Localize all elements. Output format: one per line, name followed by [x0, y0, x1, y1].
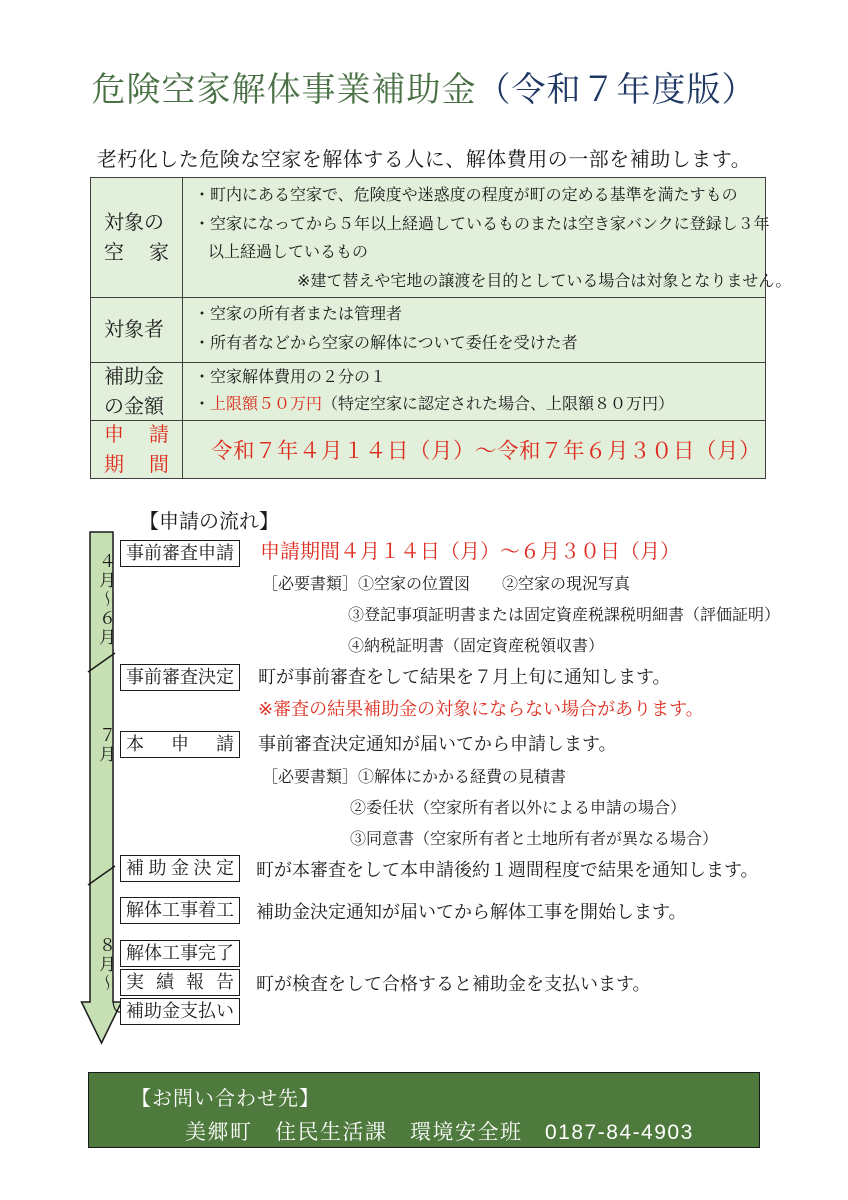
application-period-dates: 令和７年４月１４日（月）～令和７年６月３０日（月） — [183, 421, 765, 478]
bullet-line-mixed: ・上限額５０万円（特定空家に認定された場合、上限額８０万円） — [194, 391, 765, 418]
step3-docs-line3: ③同意書（空家所有者と土地所有者が異なる場合） — [350, 827, 718, 853]
table-row-application-period: 申請 期間 令和７年４月１４日（月）～令和７年６月３０日（月） — [91, 421, 765, 478]
subtitle: 老朽化した危険な空家を解体する人に、解体費用の一部を補助します。 — [0, 143, 848, 172]
bullet-line: ・町内にある空家で、危険度や迷惑度の程度が町の定める基準を満たすもの — [194, 182, 791, 211]
flyer-page: 危険空家解体事業補助金（令和７年度版） 老朽化した危険な空家を解体する人に、解体… — [0, 0, 848, 1200]
continuation-line: 以上経過しているもの — [194, 239, 791, 268]
step2-description: 町が事前審査をして結果を７月上旬に通知します。 — [258, 664, 671, 690]
step1-docs-line2: ③登記事項証明書または固定資産税課税明細書（評価証明） — [348, 603, 780, 629]
step4-description: 町が本審査をして本申請後約１週間程度で結果を通知します。 — [256, 857, 759, 883]
label-line: 空家 — [104, 238, 169, 268]
step7-description: 町が検査をして合格すると補助金を支払います。 — [256, 971, 651, 997]
timeline-label-apr-jun: ４月～６月 — [93, 552, 118, 647]
flow-box-preliminary-application: 事前審査申請 — [120, 540, 240, 567]
max-amount-detail: （特定空家に認定された場合、上限額８０万円） — [322, 396, 674, 413]
bullet-mark: ・ — [194, 396, 210, 413]
table-row-eligible-person: 対象者 ・空家の所有者または管理者 ・所有者などから空家の解体について委任を受け… — [91, 298, 765, 363]
flow-box-preliminary-decision: 事前審査決定 — [120, 664, 240, 691]
step1-period: 申請期間４月１４日（月）～６月３０日（月） — [260, 538, 680, 566]
step5-description: 補助金決定通知が届いてから解体工事を開始します。 — [256, 899, 687, 925]
label-line: 対象の — [104, 208, 169, 238]
table-row-subsidy-amount: 補助金 の金額 ・空家解体費用の２分の１ ・上限額５０万円（特定空家に認定された… — [91, 363, 765, 421]
step1-docs-line1: ［必要書類］①空家の位置図 ②空家の現況写真 — [262, 572, 630, 598]
label-line: 申請 — [104, 420, 169, 450]
timeline-label-aug: ８月～ — [93, 936, 118, 993]
row-label-application-period: 申請 期間 — [91, 421, 183, 478]
bullet-line: ・所有者などから空家の解体について委任を受けた者 — [194, 330, 765, 359]
contact-heading: 【お問い合わせ先】 — [131, 1082, 759, 1111]
row-label-subsidy-amount: 補助金 の金額 — [91, 363, 183, 420]
step2-note: ※審査の結果補助金の対象にならない場合があります。 — [258, 696, 704, 722]
contact-box: 【お問い合わせ先】 美郷町 住民生活課 環境安全班 0187-84-4903 — [88, 1072, 760, 1148]
flow-box-result-report: 実績報告 — [120, 969, 240, 996]
row-content-eligible-person: ・空家の所有者または管理者 ・所有者などから空家の解体について委任を受けた者 — [183, 298, 765, 362]
label-line: の金額 — [104, 392, 169, 422]
title-main: 危険空家解体事業補助金 — [92, 71, 477, 109]
label-line: 期間 — [104, 450, 169, 480]
row-label-eligible-person: 対象者 — [91, 298, 183, 362]
flow-box-subsidy-decision: 補助金決定 — [120, 855, 240, 882]
flow-box-main-application: 本申請 — [120, 731, 240, 758]
bullet-line: ・空家解体費用の２分の１ — [194, 364, 765, 391]
flow-box-demolition-start: 解体工事着工 — [120, 897, 240, 924]
title-edition: （令和７年度版） — [477, 71, 757, 109]
bullet-line: ・空家の所有者または管理者 — [194, 301, 765, 330]
row-content-target-house: ・町内にある空家で、危険度や迷惑度の程度が町の定める基準を満たすもの ・空家にな… — [183, 178, 791, 297]
note-line: ※建て替えや宅地の譲渡を目的としている場合は対象となりません。 — [194, 268, 791, 297]
timeline-label-jul: ７月 — [93, 726, 118, 764]
flow-box-subsidy-payment: 補助金支払い — [120, 998, 240, 1025]
row-label-target-house: 対象の 空家 — [91, 178, 183, 297]
table-row-target-house: 対象の 空家 ・町内にある空家で、危険度や迷惑度の程度が町の定める基準を満たすも… — [91, 178, 765, 298]
label-line: 対象者 — [104, 315, 169, 345]
bullet-line: ・空家になってから５年以上経過しているものまたは空き家バンクに登録し３年 — [194, 211, 791, 240]
flow-box-demolition-complete: 解体工事完了 — [120, 940, 240, 967]
step3-description: 事前審査決定通知が届いてから申請します。 — [258, 731, 617, 757]
step3-docs-line2: ②委任状（空家所有者以外による申請の場合） — [350, 796, 686, 822]
step1-docs-line3: ④納税証明書（固定資産税領収書） — [348, 634, 604, 660]
page-title: 危険空家解体事業補助金（令和７年度版） — [0, 62, 848, 111]
max-amount-text: 上限額５０万円 — [210, 396, 322, 413]
row-content-subsidy-amount: ・空家解体費用の２分の１ ・上限額５０万円（特定空家に認定された場合、上限額８０… — [183, 363, 765, 420]
contact-info: 美郷町 住民生活課 環境安全班 0187-84-4903 — [185, 1116, 759, 1146]
flow-heading: 【申請の流れ】 — [139, 505, 279, 534]
label-line: 補助金 — [104, 362, 169, 392]
step3-docs-line1: ［必要書類］①解体にかかる経費の見積書 — [262, 765, 566, 791]
info-table: 対象の 空家 ・町内にある空家で、危険度や迷惑度の程度が町の定める基準を満たすも… — [90, 177, 766, 479]
